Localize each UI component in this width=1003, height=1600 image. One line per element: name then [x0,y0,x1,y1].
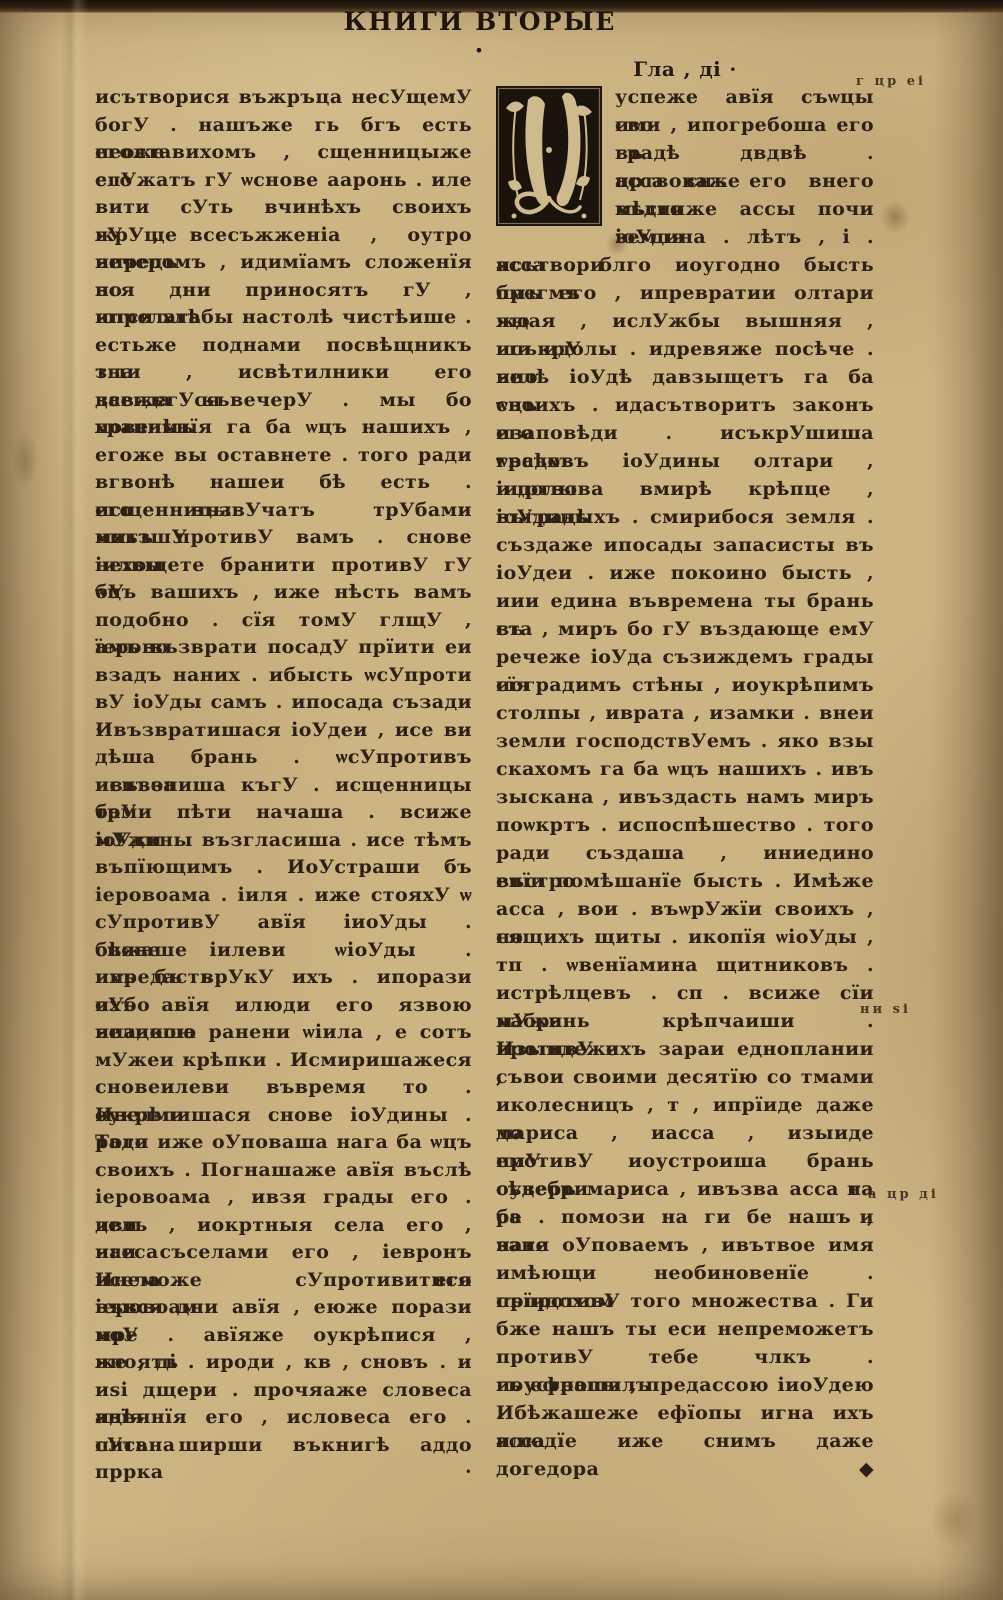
text-line: въвся дни авїя , еюже порази иоУ [95,1294,472,1322]
text-line: енїи помѣшанїе бысть . Имѣже [496,867,874,895]
text-line: исътворися въжръца несУщемУ [95,84,472,112]
text-line: взадъ наних . ибысть ѡсУпроти [95,662,472,690]
text-line: бмъ его , ипревратии олтари чю [496,279,874,307]
text-line: Ибѣжашеже ефїопы игна ихъ асса [496,1399,874,1427]
text-line: вечеромъ , идимїамъ сложенїя по [95,249,472,277]
text-line: натя оУповаемъ , ивътвое имя [496,1231,874,1259]
text-line: іоУдеи . иже покоино бысть , [496,559,874,587]
text-line: амъ възврати посадУ прїити еи . [95,634,472,662]
text-line: мре . авїяже оукрѣпися , ипоятъ [95,1322,472,1350]
text-line: зыскана , ивъздасть намъ миръ [496,783,874,811]
text-line: вУ іоУды самъ . ипосада съзади · [95,689,472,717]
text-line: слУжатъ гУ ѡснове ааронь . иле [95,167,472,195]
text-line: иколесницъ , т , ипрїиде даже до [496,1091,874,1119]
text-line: тыи , исвѣтилники его давжегУся [95,359,472,387]
text-line: сящихъ щиты . икопїя ѡіоУды , [496,923,874,951]
text-line: ются хлѣбы настолѣ чистѣише . [95,304,472,332]
text-line: іеровоама . іиля . иже стояхУ ѡ [95,882,472,910]
text-line: егоже вы оставнете . того ради [95,442,472,470]
text-line: сѣверъ мариса , ивъзва асса га ба и [496,1175,874,1203]
text-line: ѡцъ вашихъ , иже нѣсть вамъ [95,579,472,607]
text-line: дѣша брань . ѡсУпротивъ испъза [95,744,472,772]
paper-stain [12,430,38,490]
text-line: скахомъ га ба ѡцъ нашихъ . ивъ [496,755,874,783]
text-line: неоставихомъ , сщенницыже его [95,139,472,167]
text-line: ради иже оУповаша нага ба ѡцъ [95,1129,472,1157]
text-line: іоУдины възгласиша . исе тѣмъ [95,827,472,855]
text-column-right: Гла , ді · [496,55,874,1455]
text-line: съвои своими десятїю со тмами . [496,1063,874,1091]
text-line: ипадоша ранени ѡіила , е сотъ [95,1019,472,1047]
paper-stain [880,200,910,234]
text-line: сУпротивУ авїя іиоУды . бѣжаше [95,909,472,937]
text-line: гУ , всесъжженіа , оутро ипредъ [95,222,472,250]
text-line: имѣющи необиновенїе . прїидохом [496,1259,874,1287]
paper-stain [930,1490,980,1550]
text-line: илюдїе иже снимъ даже догедора ◆ [496,1427,874,1455]
text-line: повелѣнїя га ба ѡцъ нашихъ , [95,414,472,442]
text-line: снове іилеви ѡіоУды . ипредасть [95,937,472,965]
paragraph-full-width: іоУдина . лѣтъ , і . исътвориасса . блго… [496,223,874,1455]
margin-note-reference: ни ѕі [860,1002,911,1017]
text-line: ихъ авїя илюди его язвою великою [95,992,472,1020]
text-line: сновеилеви въвремя то . Ивелми [95,1074,472,1102]
drop-cap-initial [496,86,602,226]
margin-note-reference: г цр еі [856,74,926,89]
text-line: Ивъзвратишася іоУдеи , исе ви [95,717,472,745]
text-line: своихъ . Погнашаже авїя въслѣ [95,1157,472,1185]
text-line: оукрѣпишася снове іоУдины . Того [95,1102,472,1130]
text-line: всегда къвечерУ . мы бо хранимъ [95,387,472,415]
chapter-heading: Гла , ді · [496,55,874,83]
text-line: мариса , иасса , изыиде противУ [496,1119,874,1147]
book-page: КНИГИ ВТОРЫЕ · исътворися въжръца несУще… [0,0,1003,1600]
text-line: противУ тебе члкъ . иоустрашилъ [496,1343,874,1371]
text-line: изаповѣди . исъкрУшиша ѡвсѣхъ [496,419,874,447]
text-line: сУть ширши въкнигѣ аддо пррка · [95,1432,472,1460]
text-line: истрѣлцевъ . сп . всиже сїи мУжи [496,979,874,1007]
text-line: мУжеи крѣпки . Исмиришажеся [95,1047,472,1075]
text-line: же , ді . ироди , кв , сновъ . и [95,1349,472,1377]
text-line: ихъ бъ врУкУ ихъ . ипорази оУбо [95,964,472,992]
text-line: вгвонѣ нашеи бѣ есть . исщенницы [95,469,472,497]
text-line: ради създаша , иниедино въстро [496,839,874,867]
text-column-left: исътворися въжръца несУщемУбогУ . нашъже… [95,84,472,1459]
text-line: дель , иокртныя села его , игеса [95,1212,472,1240]
text-line: асса . блго иоугодно бысть прегмъ [496,251,874,279]
text-line: іеровоама , ивзя грады его . иви [95,1184,472,1212]
text-line: поѡкртъ . испоспѣшество . того [496,811,874,839]
text-line: емУ . иоустроиша брань оудебри на [496,1147,874,1175]
text-line: своихъ . идасътворитъ законъ его [496,391,874,419]
text-line: създаже ипосады запасисты въ [496,531,874,559]
text-line: набрань крѣпчаиши . Изыидеже [496,1007,874,1035]
text-line: наи съселами его , іевронъ исела его [95,1239,472,1267]
text-line: бже нашъ ты еси непреможетъ [496,1315,874,1343]
text-line: противУ ихъ зараи едноплании , [496,1035,874,1063]
text-line: естьже поднами посвѣщникъ зла [95,332,472,360]
text-line: гь ефнопы , предассою іиоУдею . [496,1371,874,1399]
text-line: бами пѣти начаша . всиже мУжи [95,799,472,827]
text-line: ивъзопиша къгУ . исщенницы трУ [95,772,472,800]
drop-cap-woodcut [496,86,602,226]
text-line: асса , вои . въѡрУжїи своихъ , но [496,895,874,923]
text-line: иии едина въвремена ты брань въ [496,587,874,615]
page-crease [60,0,88,1600]
text-line: тп . ѡвенїамина щитниковъ . [496,951,874,979]
text-line: мятъ противУ вамъ . снове іилвы [95,524,472,552]
text-line: ждая , ислУжбы вышняя , исъкрУ [496,307,874,335]
text-line: его възвУчатъ трУбами ивъзшУ [95,497,472,525]
text-line: ши идолы . идревяже посѣче . ипо [496,335,874,363]
text-line: нехощете бранити противУ гУ бУ [95,552,472,580]
text-line: съпротивУ того множества . Ги [496,1287,874,1315]
text-line: богУ . нашъже гь бгъ есть егоже [95,112,472,140]
text-line: ре . помози на ги бе нашъ , зане [496,1203,874,1231]
text-line: въпїющимъ . ИоУстраши бъ [95,854,472,882]
text-line: вся дни приносятъ гУ , ипрелага [95,277,472,305]
text-line: ста , миръ бо гУ въздающе емУ . [496,615,874,643]
text-line: вити сУть вчинѣхъ своихъ жрУще [95,194,472,222]
text-line: ицртвова вмирѣ крѣпце , въградѣ [496,475,874,503]
text-line: градовъ іоУдины олтари , іидолы [496,447,874,475]
text-line: іоУдина . лѣтъ , і . исътвори [496,223,874,251]
text-line: Инеможе сУпротивитися іеровоам [95,1267,472,1295]
text-line: речеже іоУда съзиждемъ грады сїя [496,643,874,671]
text-line: столпы , иврата , изамки . внеи [496,699,874,727]
text-line: подобно . сїя томУ глщУ , їерово [95,607,472,635]
text-line: идѣянїя его , исловеса его . писана [95,1404,472,1432]
margin-note-reference: а цр ді [868,1187,939,1202]
text-line: земли господствУемъ . яко взы [496,727,874,755]
text-line: іоУдиныхъ . смирибося земля . [496,503,874,531]
text-line: велѣ іоУдѣ давзыщетъ га ба ѡцъ [496,363,874,391]
text-line: иоградимъ стѣны , иоукрѣпимъ [496,671,874,699]
text-line: иѕі дщери . прочяаже словеса авїя [95,1377,472,1405]
